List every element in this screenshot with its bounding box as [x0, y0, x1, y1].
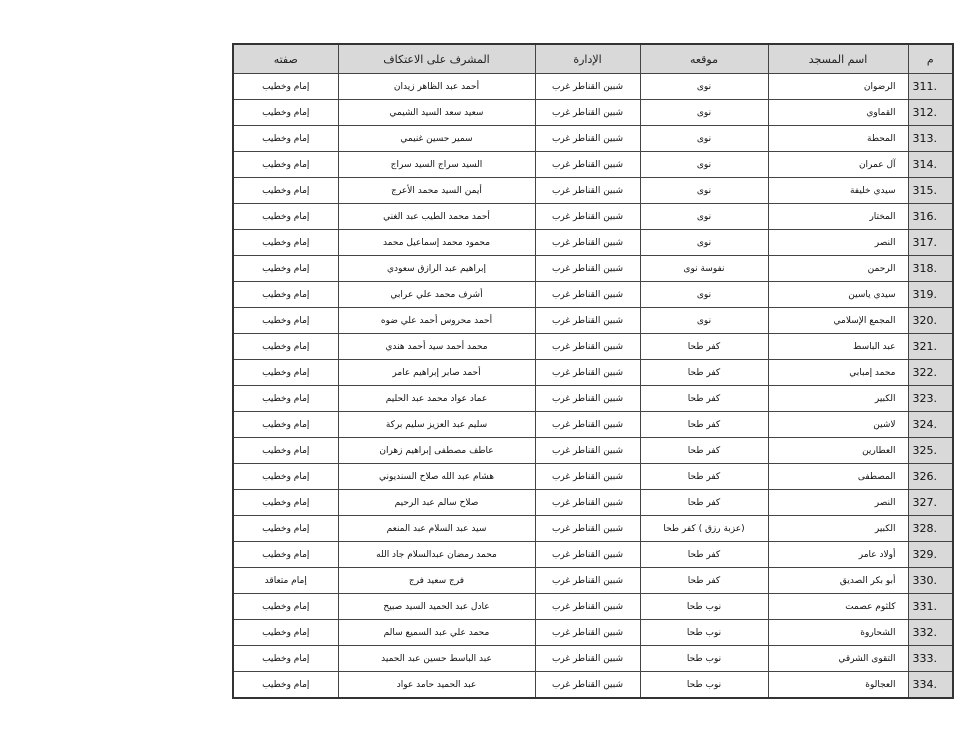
mosque-name-cell: الكبير: [768, 386, 908, 412]
administration-cell: شبين القناطر غرب: [535, 152, 640, 178]
mosque-name-cell: الشحاروة: [768, 620, 908, 646]
administration-cell: شبين القناطر غرب: [535, 438, 640, 464]
mosque-location-cell: نوى: [640, 204, 768, 230]
administration-cell: شبين القناطر غرب: [535, 334, 640, 360]
administration-cell: شبين القناطر غرب: [535, 204, 640, 230]
header-mosque-name: اسم المسجد: [768, 44, 908, 74]
supervisor-name-cell: عاطف مصطفى إبراهيم زهران: [338, 438, 535, 464]
header-administration: الإدارة: [535, 44, 640, 74]
supervisor-name-cell: هشام عبد الله صلاح السنديوني: [338, 464, 535, 490]
mosque-location-cell: كفر طحا: [640, 490, 768, 516]
supervisor-role-cell: إمام وخطيب: [233, 152, 338, 178]
supervisor-name-cell: أحمد صابر إبراهيم عامر: [338, 360, 535, 386]
row-number-cell: 323.: [908, 386, 953, 412]
supervisor-name-cell: محمد علي عبد السميع سالم: [338, 620, 535, 646]
supervisor-role-cell: إمام وخطيب: [233, 100, 338, 126]
mosque-name-cell: لاشين: [768, 412, 908, 438]
supervisor-role-cell: إمام وخطيب: [233, 594, 338, 620]
row-number-cell: 334.: [908, 672, 953, 699]
mosque-name-cell: كلثوم عصمت: [768, 594, 908, 620]
administration-cell: شبين القناطر غرب: [535, 490, 640, 516]
mosque-location-cell: نوى: [640, 282, 768, 308]
supervisor-name-cell: سمير حسين غنيمي: [338, 126, 535, 152]
supervisor-name-cell: أحمد عبد الظاهر زيدان: [338, 74, 535, 100]
table-row: 318.الرحمننفوسة نوىشبين القناطر غربإبراه…: [233, 256, 953, 282]
mosque-location-cell: كفر طحا: [640, 568, 768, 594]
table-row: 314.آل عمراننوىشبين القناطر غربالسيد سرا…: [233, 152, 953, 178]
mosque-location-cell: نوب طحا: [640, 594, 768, 620]
table-row: 322.محمد إمبابيكفر طحاشبين القناطر غربأح…: [233, 360, 953, 386]
administration-cell: شبين القناطر غرب: [535, 230, 640, 256]
row-number-cell: 321.: [908, 334, 953, 360]
mosque-location-cell: نوى: [640, 74, 768, 100]
table-row: 319.سيدي ياسيننوىشبين القناطر غربأشرف مح…: [233, 282, 953, 308]
supervisor-role-cell: إمام وخطيب: [233, 256, 338, 282]
mosque-name-cell: القماوي: [768, 100, 908, 126]
administration-cell: شبين القناطر غرب: [535, 308, 640, 334]
table-row: 312.القماوينوىشبين القناطر غربسعيد سعد ا…: [233, 100, 953, 126]
supervisor-name-cell: سيد عبد السلام عبد المنعم: [338, 516, 535, 542]
row-number-cell: 312.: [908, 100, 953, 126]
mosque-name-cell: الرضوان: [768, 74, 908, 100]
mosque-name-cell: التقوى الشرقي: [768, 646, 908, 672]
table-body: 311.الرضواننوىشبين القناطر غربأحمد عبد ا…: [233, 74, 953, 699]
mosque-location-cell: نوى: [640, 230, 768, 256]
table-row: 331.كلثوم عصمتنوب طحاشبين القناطر غربعاد…: [233, 594, 953, 620]
administration-cell: شبين القناطر غرب: [535, 568, 640, 594]
row-number-cell: 332.: [908, 620, 953, 646]
table-row: 330.أبو بكر الصديقكفر طحاشبين القناطر غر…: [233, 568, 953, 594]
mosque-location-cell: نوى: [640, 100, 768, 126]
mosque-name-cell: المختار: [768, 204, 908, 230]
administration-cell: شبين القناطر غرب: [535, 464, 640, 490]
administration-cell: شبين القناطر غرب: [535, 282, 640, 308]
supervisor-name-cell: أشرف محمد علي عرابي: [338, 282, 535, 308]
row-number-cell: 322.: [908, 360, 953, 386]
row-number-cell: 326.: [908, 464, 953, 490]
supervisor-name-cell: عبد الباسط حسين عبد الحميد: [338, 646, 535, 672]
header-number: م: [908, 44, 953, 74]
administration-cell: شبين القناطر غرب: [535, 74, 640, 100]
mosque-name-cell: المحطة: [768, 126, 908, 152]
mosque-name-cell: المصطفى: [768, 464, 908, 490]
supervisor-name-cell: سليم عبد العزيز سليم بركة: [338, 412, 535, 438]
administration-cell: شبين القناطر غرب: [535, 386, 640, 412]
row-number-cell: 317.: [908, 230, 953, 256]
mosque-location-cell: كفر طحا: [640, 412, 768, 438]
mosque-location-cell: كفر طحا: [640, 542, 768, 568]
supervisor-role-cell: إمام وخطيب: [233, 516, 338, 542]
row-number-cell: 315.: [908, 178, 953, 204]
mosque-name-cell: النصر: [768, 230, 908, 256]
supervisor-role-cell: إمام وخطيب: [233, 74, 338, 100]
row-number-cell: 330.: [908, 568, 953, 594]
supervisor-name-cell: أيمن السيد محمد الأعرج: [338, 178, 535, 204]
administration-cell: شبين القناطر غرب: [535, 672, 640, 699]
table-row: 321.عبد الباسطكفر طحاشبين القناطر غربمحم…: [233, 334, 953, 360]
administration-cell: شبين القناطر غرب: [535, 542, 640, 568]
row-number-cell: 311.: [908, 74, 953, 100]
mosque-location-cell: نوى: [640, 178, 768, 204]
supervisor-name-cell: محمد رمضان عبدالسلام جاد الله: [338, 542, 535, 568]
supervisor-role-cell: إمام وخطيب: [233, 282, 338, 308]
mosque-location-cell: (عزبة رزق ) كفر طحا: [640, 516, 768, 542]
mosque-name-cell: عبد الباسط: [768, 334, 908, 360]
row-number-cell: 314.: [908, 152, 953, 178]
mosque-name-cell: المجمع الإسلامي: [768, 308, 908, 334]
table-row: 326.المصطفىكفر طحاشبين القناطر غربهشام ع…: [233, 464, 953, 490]
administration-cell: شبين القناطر غرب: [535, 594, 640, 620]
row-number-cell: 329.: [908, 542, 953, 568]
table-row: 316.المختارنوىشبين القناطر غربأحمد محمد …: [233, 204, 953, 230]
supervisor-name-cell: سعيد سعد السيد الشيمي: [338, 100, 535, 126]
administration-cell: شبين القناطر غرب: [535, 360, 640, 386]
mosque-name-cell: العجالوة: [768, 672, 908, 699]
mosque-location-cell: كفر طحا: [640, 386, 768, 412]
mosque-name-cell: العطارين: [768, 438, 908, 464]
supervisor-role-cell: إمام متعاقد: [233, 568, 338, 594]
row-number-cell: 319.: [908, 282, 953, 308]
supervisor-role-cell: إمام وخطيب: [233, 620, 338, 646]
supervisor-name-cell: فرج سعيد فرج: [338, 568, 535, 594]
supervisor-name-cell: عادل عبد الحميد السيد صبيح: [338, 594, 535, 620]
supervisor-name-cell: السيد سراج السيد سراج: [338, 152, 535, 178]
supervisor-role-cell: إمام وخطيب: [233, 126, 338, 152]
supervisor-role-cell: إمام وخطيب: [233, 646, 338, 672]
mosque-name-cell: الرحمن: [768, 256, 908, 282]
supervisor-name-cell: أحمد محروس أحمد علي ضوه: [338, 308, 535, 334]
mosque-name-cell: آل عمران: [768, 152, 908, 178]
table-row: 328.الكبير(عزبة رزق ) كفر طحاشبين القناط…: [233, 516, 953, 542]
supervisor-role-cell: إمام وخطيب: [233, 438, 338, 464]
header-role: صفته: [233, 44, 338, 74]
mosque-location-cell: نوب طحا: [640, 646, 768, 672]
supervisor-role-cell: إمام وخطيب: [233, 360, 338, 386]
table-row: 320.المجمع الإسلامينوىشبين القناطر غربأح…: [233, 308, 953, 334]
row-number-cell: 324.: [908, 412, 953, 438]
row-number-cell: 318.: [908, 256, 953, 282]
administration-cell: شبين القناطر غرب: [535, 178, 640, 204]
supervisor-name-cell: عبد الحميد حامد عواد: [338, 672, 535, 699]
table-row: 313.المحطةنوىشبين القناطر غربسمير حسين غ…: [233, 126, 953, 152]
supervisor-role-cell: إمام وخطيب: [233, 230, 338, 256]
table-row: 332.الشحاروةنوب طحاشبين القناطر غربمحمد …: [233, 620, 953, 646]
table-row: 334.العجالوةنوب طحاشبين القناطر غربعبد ا…: [233, 672, 953, 699]
mosques-supervisors-table: م اسم المسجد موقعه الإدارة المشرف على ال…: [232, 43, 954, 699]
supervisor-name-cell: أحمد محمد الطيب عبد الغني: [338, 204, 535, 230]
mosque-location-cell: كفر طحا: [640, 334, 768, 360]
mosque-location-cell: نوى: [640, 308, 768, 334]
supervisor-role-cell: إمام وخطيب: [233, 490, 338, 516]
supervisor-role-cell: إمام وخطيب: [233, 542, 338, 568]
table-header-row: م اسم المسجد موقعه الإدارة المشرف على ال…: [233, 44, 953, 74]
table-row: 315.سيدي خليفةنوىشبين القناطر غربأيمن ال…: [233, 178, 953, 204]
mosque-location-cell: نوى: [640, 152, 768, 178]
mosque-location-cell: نوب طحا: [640, 672, 768, 699]
mosque-location-cell: نوى: [640, 126, 768, 152]
supervisor-role-cell: إمام وخطيب: [233, 386, 338, 412]
supervisor-name-cell: محمود محمد إسماعيل محمد: [338, 230, 535, 256]
mosque-location-cell: كفر طحا: [640, 438, 768, 464]
administration-cell: شبين القناطر غرب: [535, 516, 640, 542]
mosque-location-cell: كفر طحا: [640, 464, 768, 490]
mosque-name-cell: النصر: [768, 490, 908, 516]
row-number-cell: 331.: [908, 594, 953, 620]
supervisor-role-cell: إمام وخطيب: [233, 308, 338, 334]
table-row: 323.الكبيركفر طحاشبين القناطر غربعماد عو…: [233, 386, 953, 412]
supervisor-name-cell: صلاح سالم عبد الرحيم: [338, 490, 535, 516]
table-row: 327.النصركفر طحاشبين القناطر غربصلاح سال…: [233, 490, 953, 516]
mosque-name-cell: الكبير: [768, 516, 908, 542]
supervisor-role-cell: إمام وخطيب: [233, 334, 338, 360]
mosque-location-cell: نفوسة نوى: [640, 256, 768, 282]
supervisor-role-cell: إمام وخطيب: [233, 672, 338, 699]
supervisor-role-cell: إمام وخطيب: [233, 464, 338, 490]
mosque-name-cell: سيدي ياسين: [768, 282, 908, 308]
header-location: موقعه: [640, 44, 768, 74]
table-row: 317.النصرنوىشبين القناطر غربمحمود محمد إ…: [233, 230, 953, 256]
mosque-location-cell: نوب طحا: [640, 620, 768, 646]
supervisor-role-cell: إمام وخطيب: [233, 204, 338, 230]
row-number-cell: 327.: [908, 490, 953, 516]
administration-cell: شبين القناطر غرب: [535, 620, 640, 646]
administration-cell: شبين القناطر غرب: [535, 100, 640, 126]
mosque-name-cell: سيدي خليفة: [768, 178, 908, 204]
mosque-location-cell: كفر طحا: [640, 360, 768, 386]
table-row: 325.العطارينكفر طحاشبين القناطر غربعاطف …: [233, 438, 953, 464]
row-number-cell: 316.: [908, 204, 953, 230]
administration-cell: شبين القناطر غرب: [535, 256, 640, 282]
supervisor-role-cell: إمام وخطيب: [233, 412, 338, 438]
administration-cell: شبين القناطر غرب: [535, 412, 640, 438]
supervisor-name-cell: محمد أحمد سيد أحمد هندي: [338, 334, 535, 360]
supervisor-name-cell: إبراهيم عبد الرازق سعودي: [338, 256, 535, 282]
row-number-cell: 320.: [908, 308, 953, 334]
table-row: 311.الرضواننوىشبين القناطر غربأحمد عبد ا…: [233, 74, 953, 100]
supervisor-name-cell: عماد عواد محمد عبد الحليم: [338, 386, 535, 412]
supervisor-role-cell: إمام وخطيب: [233, 178, 338, 204]
administration-cell: شبين القناطر غرب: [535, 126, 640, 152]
mosque-name-cell: محمد إمبابي: [768, 360, 908, 386]
row-number-cell: 325.: [908, 438, 953, 464]
row-number-cell: 333.: [908, 646, 953, 672]
table-row: 333.التقوى الشرقينوب طحاشبين القناطر غرب…: [233, 646, 953, 672]
row-number-cell: 328.: [908, 516, 953, 542]
mosque-name-cell: أبو بكر الصديق: [768, 568, 908, 594]
mosque-name-cell: أولاد عامر: [768, 542, 908, 568]
administration-cell: شبين القناطر غرب: [535, 646, 640, 672]
header-supervisor: المشرف على الاعتكاف: [338, 44, 535, 74]
row-number-cell: 313.: [908, 126, 953, 152]
table-row: 324.لاشينكفر طحاشبين القناطر غربسليم عبد…: [233, 412, 953, 438]
table-row: 329.أولاد عامركفر طحاشبين القناطر غربمحم…: [233, 542, 953, 568]
